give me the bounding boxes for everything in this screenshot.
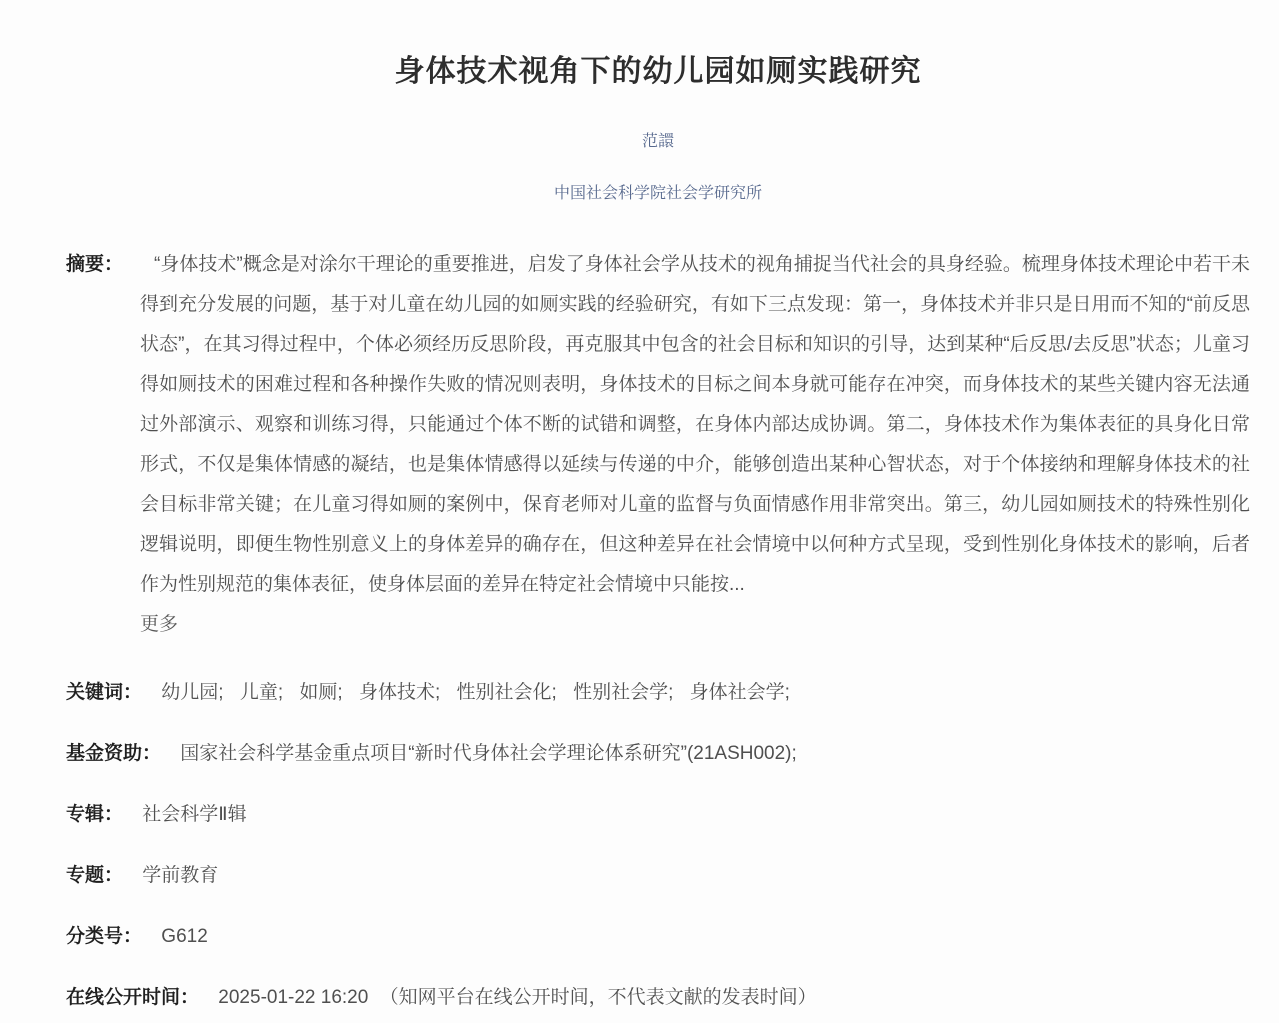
online-time-note: （知网平台在线公开时间，不代表文献的发表时间） bbox=[380, 987, 817, 1008]
author-link[interactable]: 范譞 bbox=[642, 133, 674, 150]
keyword-link[interactable]: 儿童; bbox=[240, 682, 283, 703]
album-row: 专辑： 社会科学Ⅱ辑 bbox=[66, 802, 1250, 828]
clc-value: G612 bbox=[161, 926, 207, 947]
online-time-value: 2025-01-22 16:20 bbox=[218, 987, 368, 1008]
abstract-label: 摘要： bbox=[66, 245, 140, 645]
affiliation-link[interactable]: 中国社会科学院社会学研究所 bbox=[554, 185, 762, 202]
online-time-row: 在线公开时间： 2025-01-22 16:20 （知网平台在线公开时间，不代表… bbox=[66, 985, 1250, 1011]
affiliation-line: 中国社会科学院社会学研究所 bbox=[66, 180, 1250, 203]
author-line: 范譞 bbox=[66, 128, 1250, 151]
keyword-link[interactable]: 幼儿园; bbox=[161, 682, 223, 703]
clc-label: 分类号： bbox=[66, 926, 142, 947]
album-label: 专辑： bbox=[66, 804, 123, 825]
topic-value: 学前教育 bbox=[142, 865, 218, 886]
keyword-link[interactable]: 性别社会化; bbox=[457, 682, 557, 703]
fund-row: 基金资助： 国家社会科学基金重点项目“新时代身体社会学理论体系研究”(21ASH… bbox=[66, 741, 1250, 767]
abstract-body: “身体技术”概念是对涂尔干理论的重要推进，启发了身体社会学从技术的视角捕捉当代社… bbox=[140, 254, 1250, 595]
abstract-section: 摘要： “身体技术”概念是对涂尔干理论的重要推进，启发了身体社会学从技术的视角捕… bbox=[66, 245, 1250, 645]
keywords-label: 关键词： bbox=[66, 682, 142, 703]
more-link[interactable]: 更多 bbox=[140, 605, 1250, 645]
online-time-label: 在线公开时间： bbox=[66, 987, 199, 1008]
clc-row: 分类号： G612 bbox=[66, 924, 1250, 950]
keyword-link[interactable]: 身体技术; bbox=[359, 682, 440, 703]
keyword-link[interactable]: 身体社会学; bbox=[690, 682, 790, 703]
album-value: 社会科学Ⅱ辑 bbox=[142, 804, 246, 825]
paper-title: 身体技术视角下的幼儿园如厕实践研究 bbox=[66, 46, 1250, 90]
keyword-link[interactable]: 如厕; bbox=[299, 682, 342, 703]
keywords-row: 关键词： 幼儿园; 儿童; 如厕; 身体技术; 性别社会化; 性别社会学; 身体… bbox=[66, 680, 1250, 706]
paper-detail-page: 身体技术视角下的幼儿园如厕实践研究 范譞 中国社会科学院社会学研究所 摘要： “… bbox=[0, 0, 1279, 1023]
topic-row: 专题： 学前教育 bbox=[66, 863, 1250, 889]
keyword-link[interactable]: 性别社会学; bbox=[573, 682, 673, 703]
abstract-text: “身体技术”概念是对涂尔干理论的重要推进，启发了身体社会学从技术的视角捕捉当代社… bbox=[140, 245, 1250, 645]
fund-link[interactable]: 国家社会科学基金重点项目“新时代身体社会学理论体系研究”(21ASH002); bbox=[180, 743, 797, 764]
topic-label: 专题： bbox=[66, 865, 123, 886]
fund-label: 基金资助： bbox=[66, 743, 161, 764]
